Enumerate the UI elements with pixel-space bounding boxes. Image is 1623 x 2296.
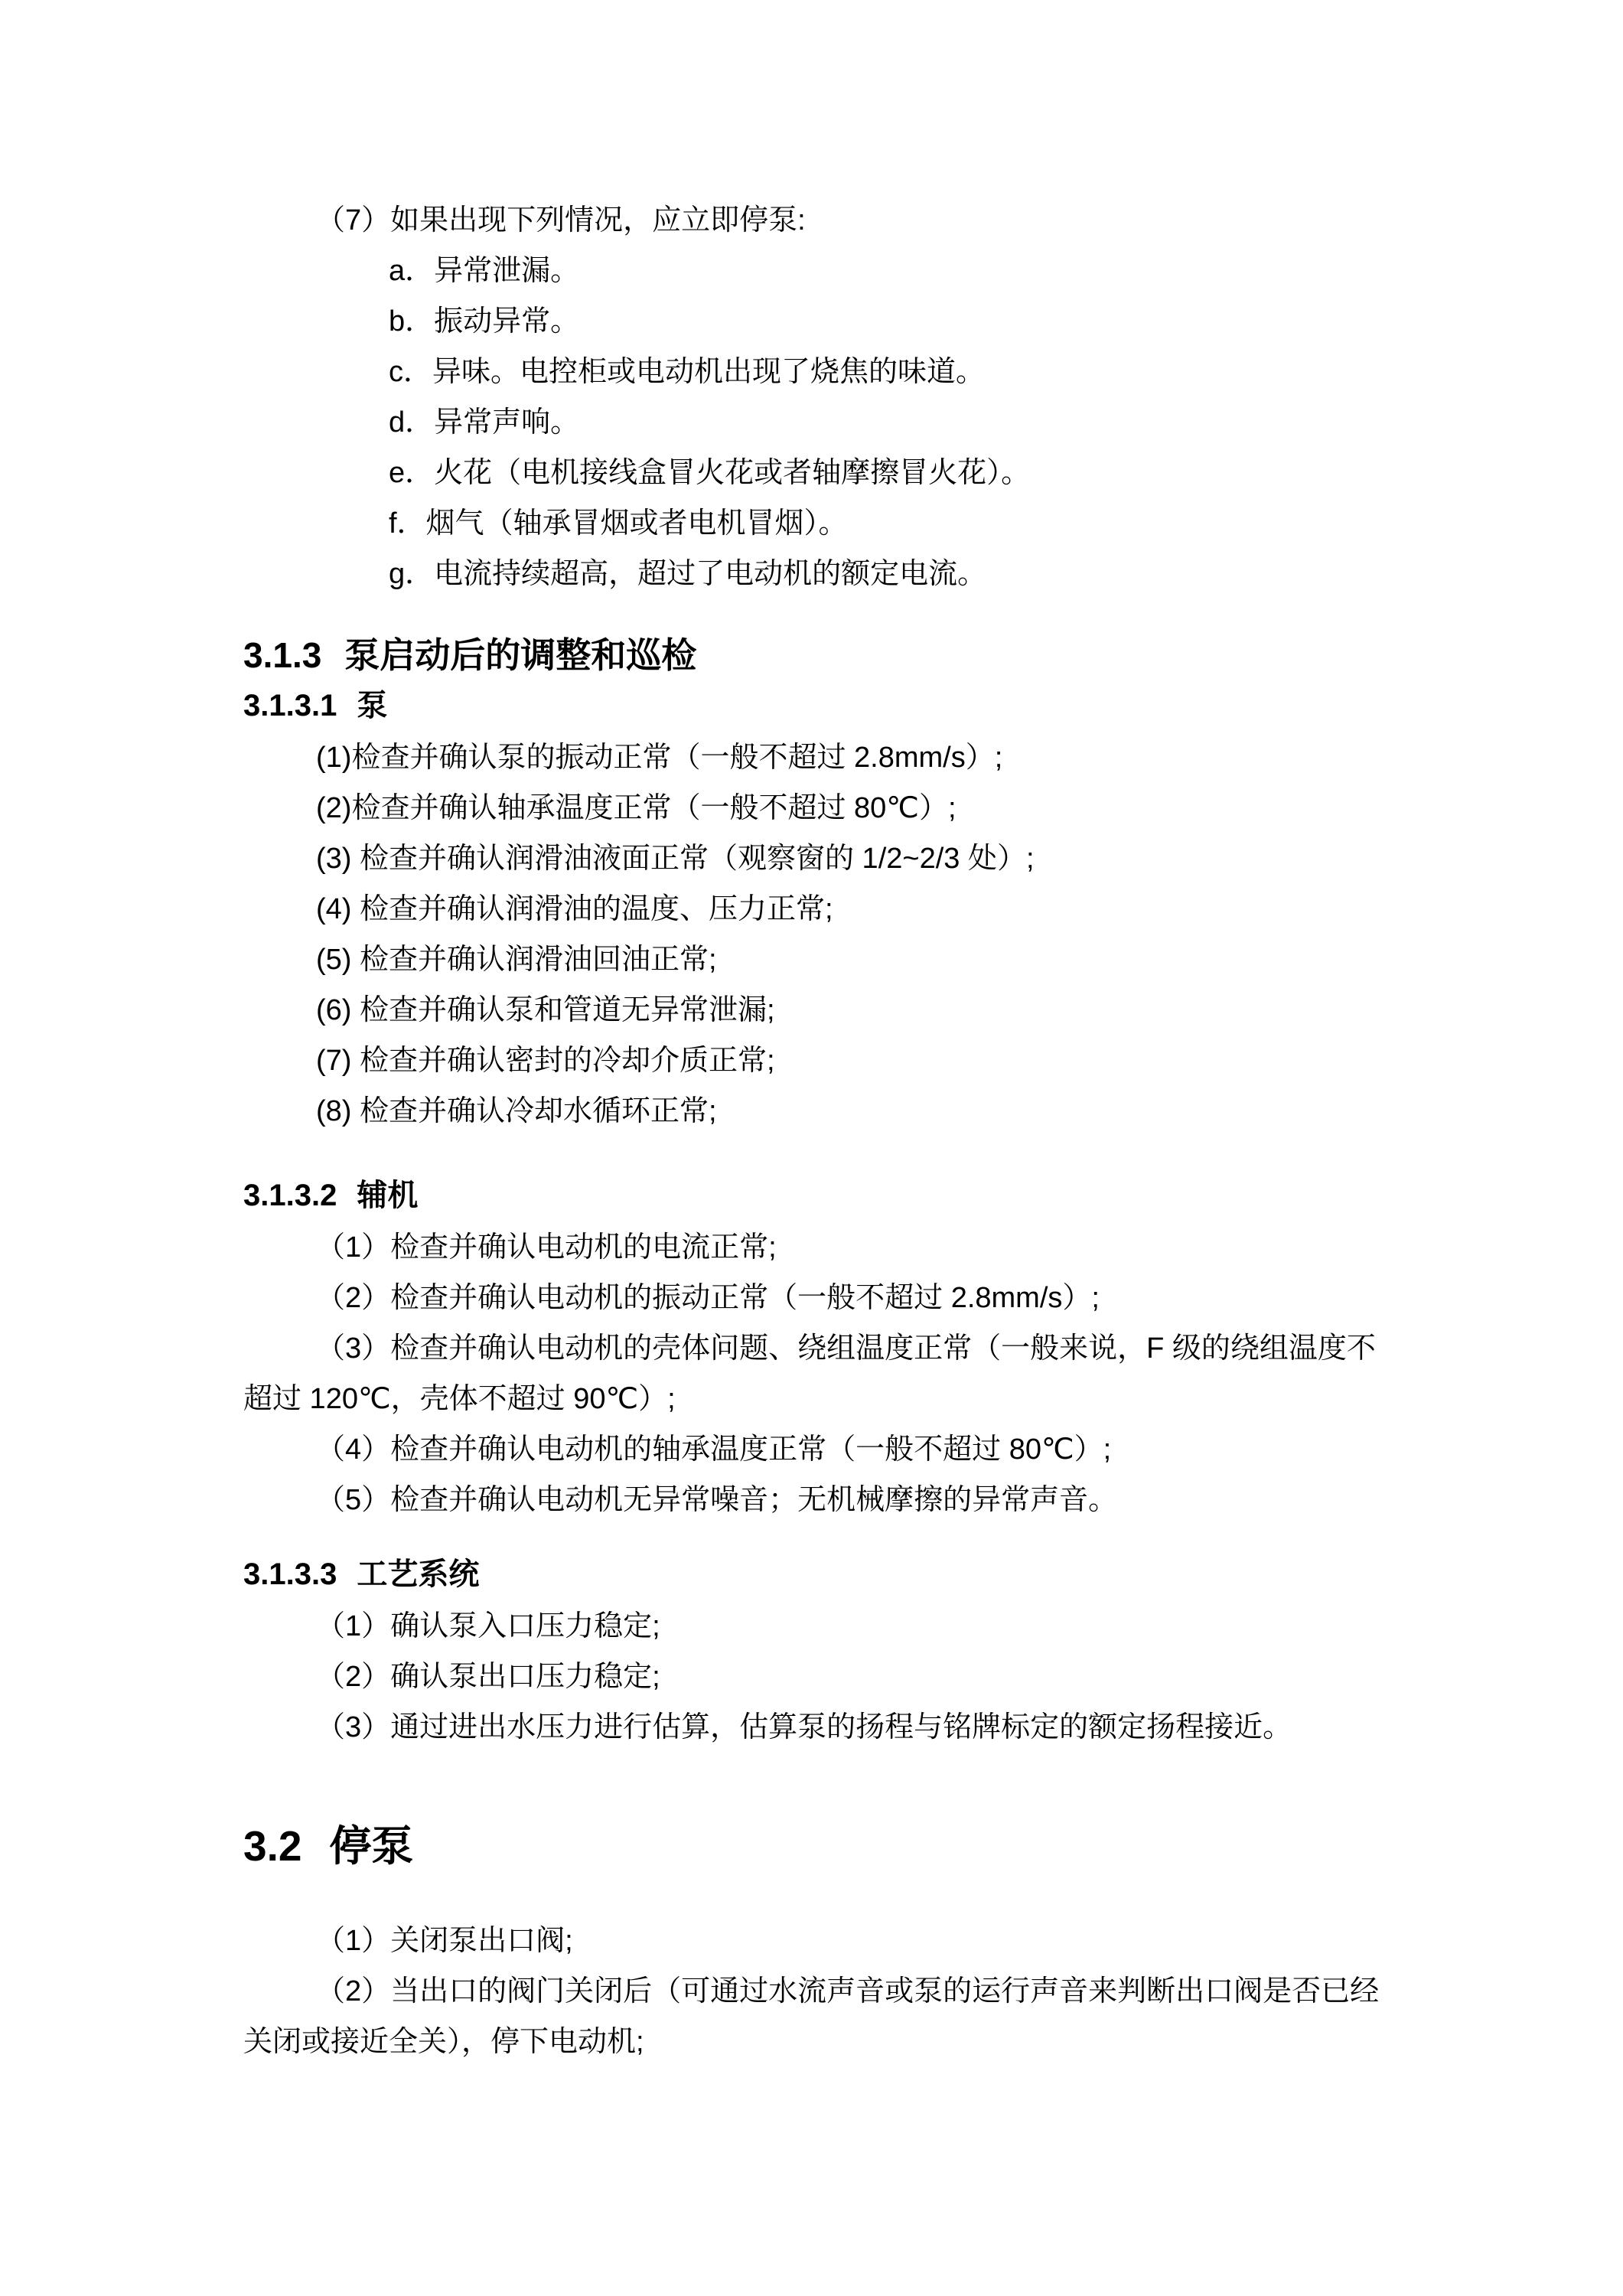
list-item: （1）检查并确认电动机的电流正常; <box>243 1222 1391 1273</box>
list-item: （2）确认泵出口压力稳定; <box>243 1652 1391 1702</box>
subsection-number: 3.1.3.3 <box>243 1557 337 1591</box>
subsection-heading: 3.1.3.1泵 <box>243 683 1391 728</box>
list-item: (3) 检查并确认润滑油液面正常（观察窗的 1/2~2/3 处）; <box>243 833 1391 884</box>
list-item: (8) 检查并确认冷却水循环正常; <box>243 1086 1391 1137</box>
list-item: （3）通过进出水压力进行估算，估算泵的扬程与铭牌标定的额定扬程接近。 <box>243 1702 1391 1753</box>
list-item: d．异常声响。 <box>243 397 1391 448</box>
list-item: (7) 检查并确认密封的冷却介质正常; <box>243 1035 1391 1086</box>
document-content: （7）如果出现下列情况，应立即停泵: a．异常泄漏。 b．振动异常。 c．异味。… <box>243 195 1391 2067</box>
list-item: （2）当出口的阀门关闭后（可通过水流声音或泵的运行声音来判断出口阀是否已经关闭或… <box>243 1966 1391 2067</box>
list-item: (4) 检查并确认润滑油的温度、压力正常; <box>243 884 1391 934</box>
list-item: （7）如果出现下列情况，应立即停泵: <box>243 195 1391 246</box>
list-item: (2)检查并确认轴承温度正常（一般不超过 80℃）; <box>243 783 1391 833</box>
section-heading: 3.2停泵 <box>243 1818 1391 1874</box>
document-page: （7）如果出现下列情况，应立即停泵: a．异常泄漏。 b．振动异常。 c．异味。… <box>0 0 1623 2296</box>
list-item: （1）确认泵入口压力稳定; <box>243 1601 1391 1652</box>
section-number: 3.1.3 <box>243 635 321 675</box>
list-item: e．火花（电机接线盒冒火花或者轴摩擦冒火花）。 <box>243 448 1391 498</box>
list-item: (1)检查并确认泵的振动正常（一般不超过 2.8mm/s）; <box>243 732 1391 783</box>
list-item: (6) 检查并确认泵和管道无异常泄漏; <box>243 985 1391 1035</box>
subsection-heading: 3.1.3.3工艺系统 <box>243 1552 1391 1596</box>
section-title: 泵启动后的调整和巡检 <box>344 635 696 675</box>
list-item: g．电流持续超高，超过了电动机的额定电流。 <box>243 549 1391 599</box>
list-item: a．异常泄漏。 <box>243 246 1391 296</box>
subsection-number: 3.1.3.1 <box>243 689 337 722</box>
list-item: b．振动异常。 <box>243 296 1391 347</box>
list-item: (5) 检查并确认润滑油回油正常; <box>243 934 1391 985</box>
list-item: （3）检查并确认电动机的壳体问题、绕组温度正常（一般来说，F 级的绕组温度不超过… <box>243 1323 1391 1424</box>
section-number: 3.2 <box>243 1822 301 1870</box>
section-title: 停泵 <box>329 1822 413 1870</box>
list-item: f．烟气（轴承冒烟或者电机冒烟）。 <box>243 498 1391 549</box>
subsection-title: 工艺系统 <box>357 1557 479 1591</box>
list-item: c．异味。电控柜或电动机出现了烧焦的味道。 <box>243 347 1391 397</box>
list-item: （1）关闭泵出口阀; <box>243 1916 1391 1966</box>
subsection-title: 辅机 <box>357 1179 418 1212</box>
subsection-title: 泵 <box>357 689 387 722</box>
list-item: （2）检查并确认电动机的振动正常（一般不超过 2.8mm/s）; <box>243 1273 1391 1323</box>
subsection-heading: 3.1.3.2辅机 <box>243 1173 1391 1218</box>
subsection-number: 3.1.3.2 <box>243 1179 337 1212</box>
list-item: （5）检查并确认电动机无异常噪音；无机械摩擦的异常声音。 <box>243 1475 1391 1525</box>
list-item: （4）检查并确认电动机的轴承温度正常（一般不超过 80℃）; <box>243 1424 1391 1475</box>
section-heading: 3.1.3泵启动后的调整和巡检 <box>243 631 1391 679</box>
